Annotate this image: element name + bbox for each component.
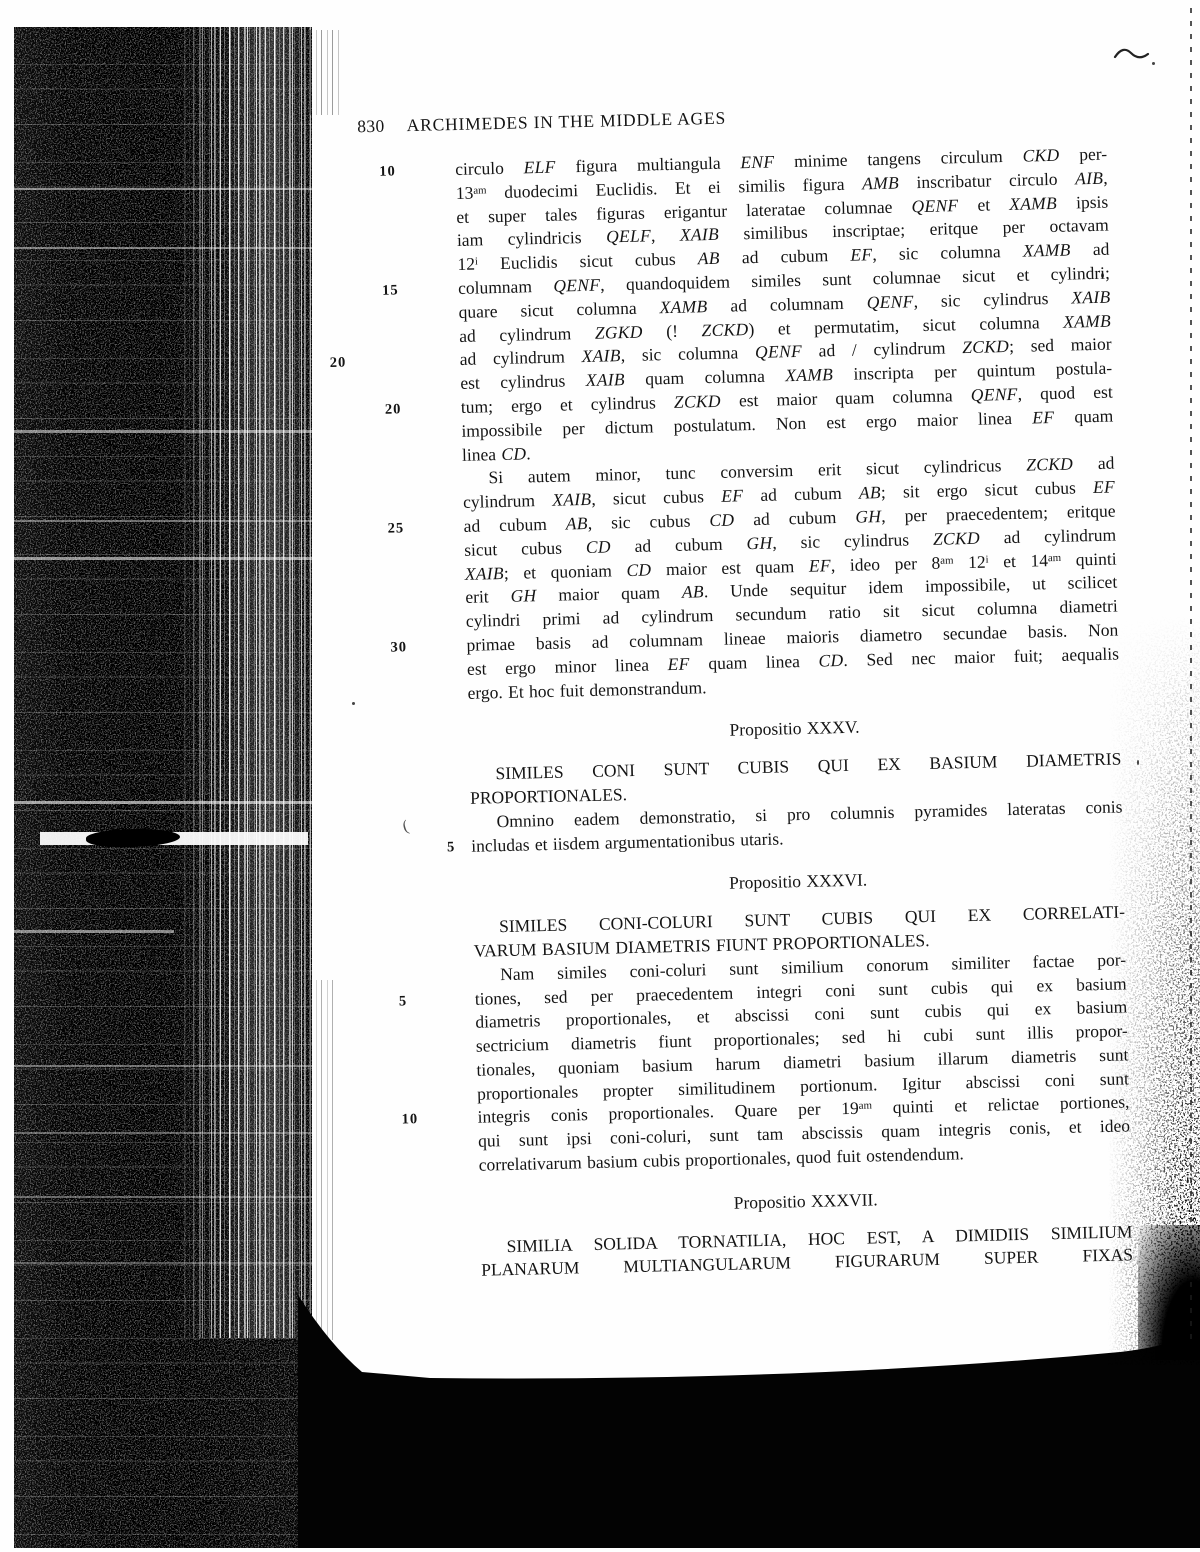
scanline-artifact xyxy=(14,430,312,433)
margin-line-number: 10 xyxy=(401,1108,462,1133)
margin-line-number: 25 xyxy=(387,516,448,541)
stray-mark: ( xyxy=(401,818,411,837)
squiggle-mark xyxy=(1112,42,1152,66)
proposition-heading: Propositio XXXVI. xyxy=(472,863,1124,902)
running-header: 830ARCHIMEDES IN THE MIDDLE AGES xyxy=(357,108,726,138)
margin-line-number: 10 xyxy=(379,159,440,184)
paragraph: SIMILIA SOLIDA TORNATILIA, HOC EST, A DI… xyxy=(480,1220,1133,1283)
scanned-book-page: ( 830ARCHIMEDES IN THE MIDDLE AGES circu… xyxy=(0,0,1200,1552)
scanline-artifact xyxy=(14,1196,312,1198)
margin-line-number: 5 xyxy=(399,989,460,1014)
edge-streak-artifact xyxy=(310,30,340,115)
book-title: ARCHIMEDES IN THE MIDDLE AGES xyxy=(406,108,726,136)
scanline-artifact xyxy=(14,520,312,522)
stray-dot xyxy=(352,702,355,705)
paragraph: SIMILES CONI-COLURI SUNT CUBIS QUI EX CO… xyxy=(473,901,1131,1178)
margin-line-number: 20 xyxy=(385,397,446,422)
margin-line-number: 15 xyxy=(382,278,443,303)
dashed-scan-line-artifact xyxy=(1190,8,1192,1343)
margin-line-number: 20 xyxy=(330,351,391,376)
scanline-artifact xyxy=(14,801,312,804)
proposition-heading: Propositio XXXV. xyxy=(468,710,1120,749)
scanline-artifact xyxy=(14,1065,312,1067)
scanline-artifact xyxy=(14,930,174,933)
stray-dot xyxy=(1137,760,1139,765)
paragraph: SIMILES CONI SUNT CUBIS QUI EX BASIUM DI… xyxy=(469,748,1123,859)
margin-line-number: 30 xyxy=(390,635,451,660)
paragraph: circulo ELF figura multiangula ENF minim… xyxy=(455,143,1120,706)
scanline-artifact xyxy=(14,1132,312,1134)
proposition-heading: Propositio XXXVII. xyxy=(479,1182,1131,1221)
margin-line-number: 5 xyxy=(395,836,456,861)
text-layer: 830ARCHIMEDES IN THE MIDDLE AGES circulo… xyxy=(455,143,1133,1283)
edge-streak-artifact xyxy=(310,980,336,1340)
scanline-artifact xyxy=(14,247,312,249)
scanline-noise-artifact xyxy=(14,27,312,1548)
stray-dot xyxy=(1152,62,1155,65)
page-number: 830 xyxy=(357,116,385,137)
scan-gutter-artifact xyxy=(14,27,312,1548)
scanline-artifact xyxy=(14,1262,312,1264)
scanline-artifact xyxy=(14,188,312,190)
scanline-artifact xyxy=(14,557,312,560)
text-body: circulo ELF figura multiangula ENF minim… xyxy=(455,143,1133,1283)
